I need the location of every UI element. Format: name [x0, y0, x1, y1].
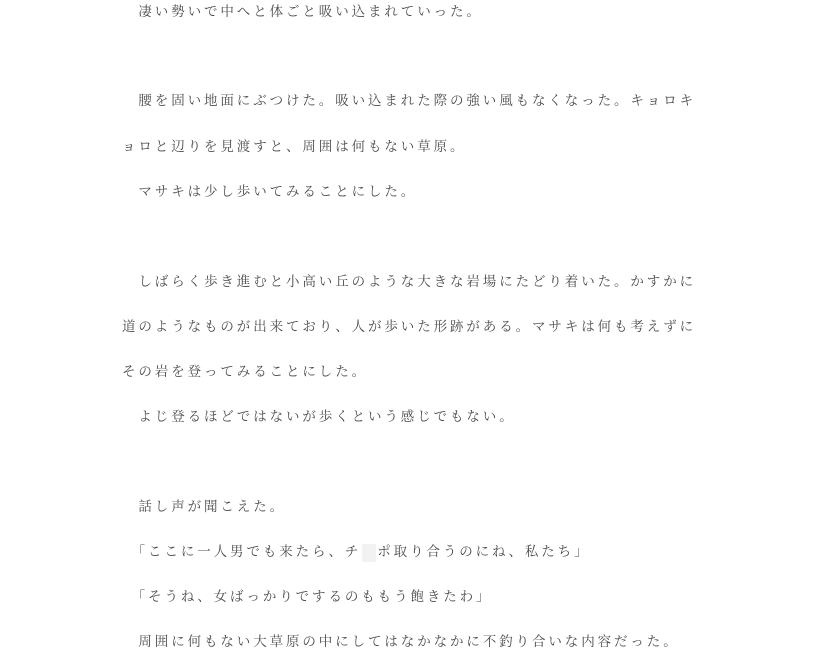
text-line: 周囲に何もない大草原の中にしてはなかなかに不釣り合いな内容だった。 — [122, 631, 622, 653]
text-line: 「そうね、女ばっかりでするのももう飽きたわ」 — [122, 586, 622, 608]
text-line: 凄い勢いで中へと体ごと吸い込まれていった。 — [122, 1, 622, 23]
text-line: マサキは少し歩いてみることにした。 — [122, 181, 622, 203]
text-segment: ポ取り合うのにね、私たち」 — [377, 544, 590, 560]
text-line: よじ登るほどではないが歩くという感じでもない。 — [122, 406, 622, 428]
text-line: 腰を固い地面にぶつけた。吸い込まれた際の強い風もなくなった。キョロキ — [122, 90, 622, 112]
text-line: しばらく歩き進むと小高い丘のような大きな岩場にたどり着いた。かすかに — [122, 271, 622, 293]
text-line: ョロと辺りを見渡すと、周囲は何もない草原。 — [122, 136, 622, 158]
text-line: 道のようなものが出来ており、人が歩いた形跡がある。マサキは何も考えずに — [122, 316, 622, 338]
text-segment: 「ここに一人男でも来たら、チ — [122, 544, 361, 560]
text-line: その岩を登ってみることにした。 — [122, 361, 622, 383]
censor-box — [362, 544, 376, 562]
text-line-censored: 「ここに一人男でも来たら、チポ取り合うのにね、私たち」 — [122, 541, 622, 563]
document-page: 凄い勢いで中へと体ごと吸い込まれていった。 腰を固い地面にぶつけた。吸い込まれた… — [0, 0, 824, 670]
text-line: 話し声が聞こえた。 — [122, 496, 622, 518]
